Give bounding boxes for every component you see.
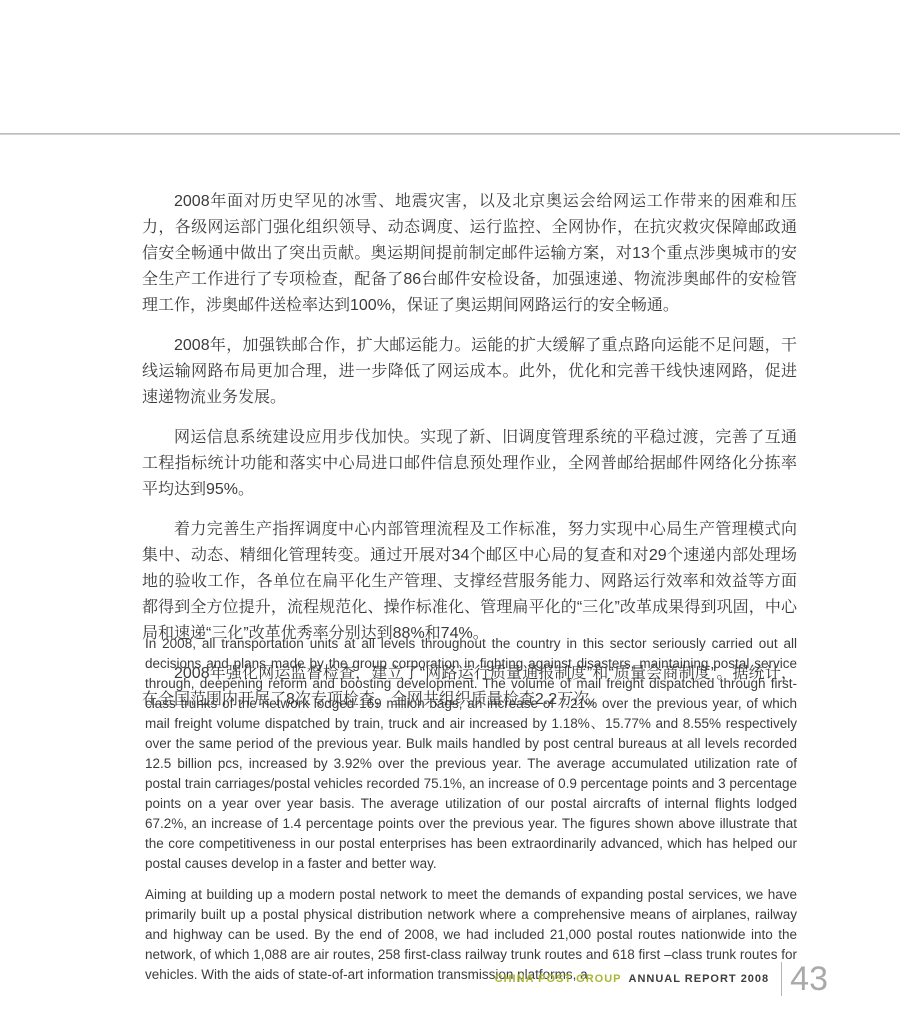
footer-report-text: ANNUAL REPORT 2008	[629, 973, 770, 985]
report-page: 2008年面对历史罕见的冰雪、地震灾害，以及北京奥运会给网运工作带来的困难和压力…	[0, 0, 900, 1022]
top-horizontal-rule	[0, 133, 900, 135]
footer-brand-text: CHINA POST GROUP	[495, 973, 622, 985]
english-text-section: In 2008, all transportation units at all…	[145, 634, 797, 996]
cn-paragraph: 着力完善生产指挥调度中心内部管理流程及工作标准，努力实现中心局生产管理模式向集中…	[142, 517, 797, 647]
page-footer: CHINA POST GROUP ANNUAL REPORT 2008 43	[495, 962, 828, 996]
cn-paragraph: 2008年面对历史罕见的冰雪、地震灾害，以及北京奥运会给网运工作带来的困难和压力…	[142, 189, 797, 319]
page-number: 43	[790, 962, 828, 996]
en-paragraph: In 2008, all transportation units at all…	[145, 634, 797, 874]
footer-divider-line	[781, 962, 782, 996]
cn-paragraph: 2008年，加强铁邮合作，扩大邮运能力。运能的扩大缓解了重点路向运能不足问题，干…	[142, 333, 797, 411]
cn-paragraph: 网运信息系统建设应用步伐加快。实现了新、旧调度管理系统的平稳过渡，完善了互通工程…	[142, 425, 797, 503]
